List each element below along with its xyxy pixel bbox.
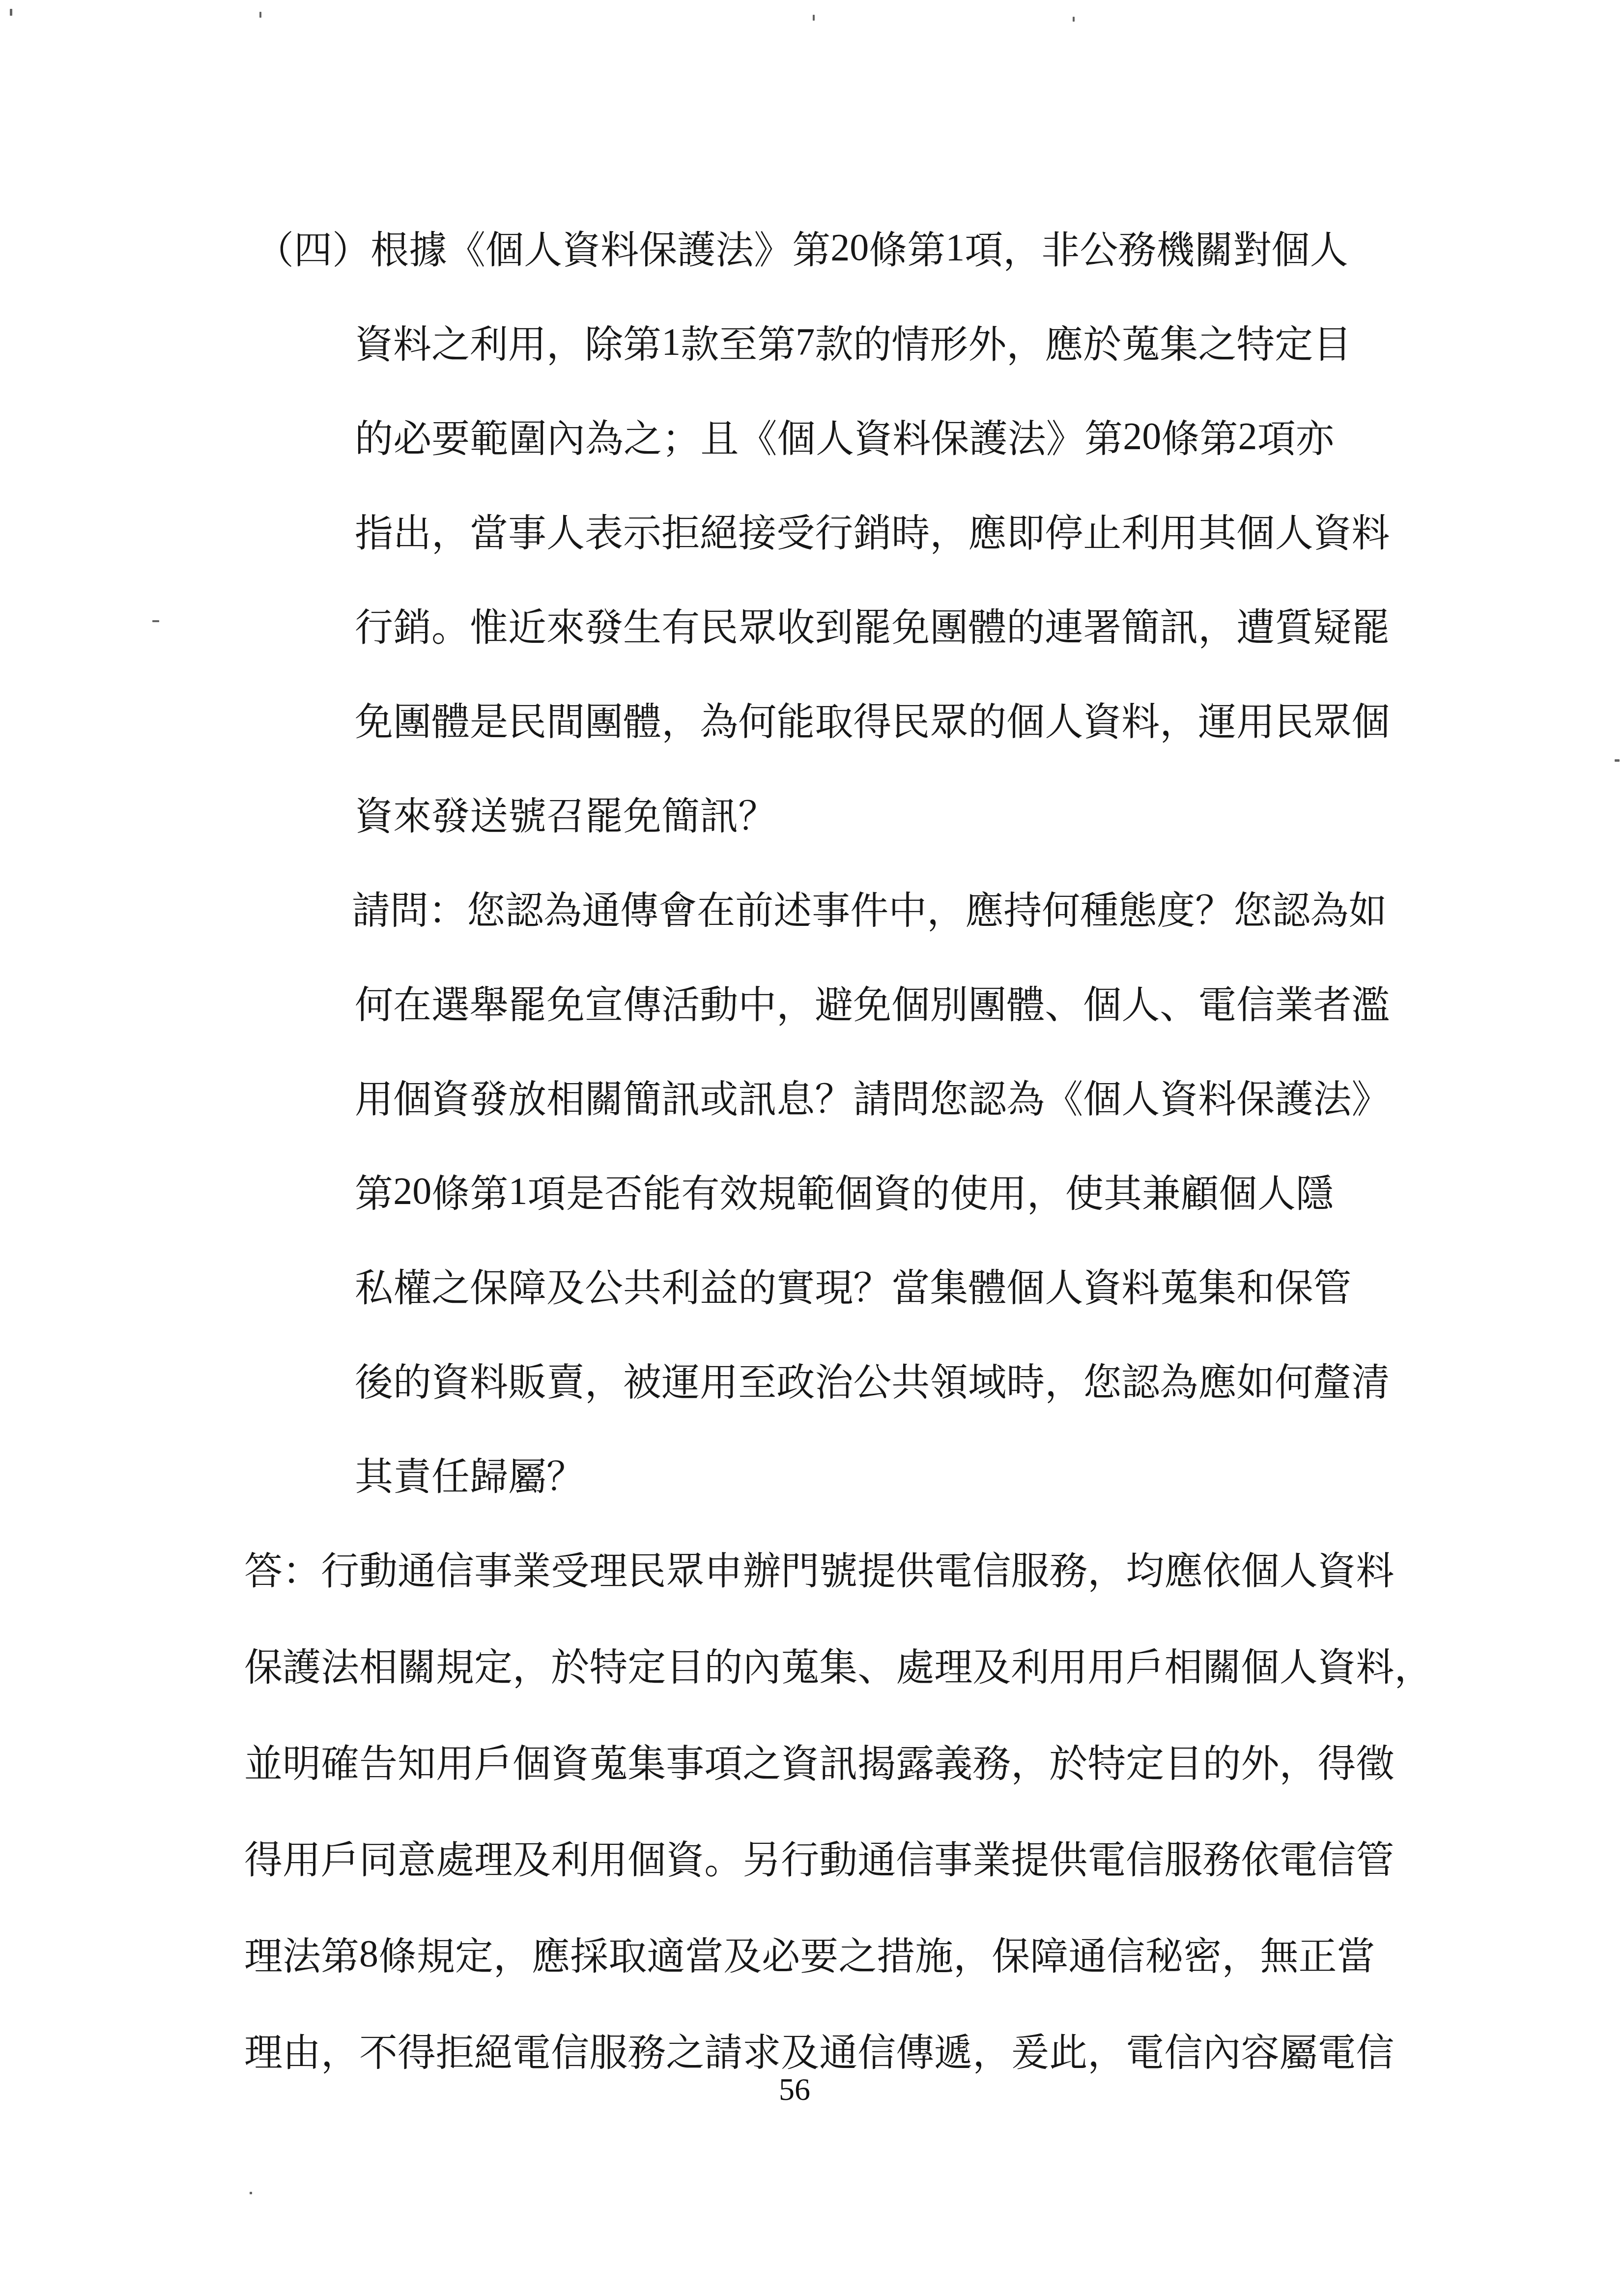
question-line: （四）根據《個人資料保護法》第20條第1項，非公務機關對個人 — [256, 216, 1334, 278]
scan-artifact — [10, 9, 12, 16]
question-line: 指出，當事人表示拒絕接受行銷時，應即停止利用其個人資料 — [355, 499, 1334, 561]
question-line: 免團體是民間團體，為何能取得民眾的個人資料，運用民眾個 — [355, 688, 1334, 750]
scan-artifact — [1073, 17, 1075, 22]
answer-line: 得用戶同意處理及利用個資。另行動通信事業提供電信服務依電信管 — [244, 1826, 1334, 1888]
question-line: 用個資發放相關簡訊或訊息？請問您認為《個人資料保護法》 — [355, 1065, 1334, 1127]
question-line: 請問：您認為通傳會在前述事件中，應持何種態度？您認為如 — [352, 877, 1334, 939]
question-line: 資來發送號召罷免簡訊？ — [355, 782, 771, 844]
question-line: 其責任歸屬？ — [355, 1443, 582, 1505]
scan-artifact — [813, 15, 815, 21]
question-line: 行銷。惟近來發生有民眾收到罷免團體的連署簡訊，遭質疑罷 — [355, 594, 1334, 656]
scanned-document-page: （四）根據《個人資料保護法》第20條第1項，非公務機關對個人 資料之利用，除第1… — [0, 0, 1623, 2296]
question-line: 私權之保障及公共利益的實現？當集體個人資料蒐集和保管 — [355, 1254, 1334, 1316]
question-line: 資料之利用，除第1款至第7款的情形外，應於蒐集之特定目 — [355, 311, 1334, 373]
question-line: 何在選舉罷免宣傳活動中，避免個別團體、個人、電信業者濫 — [355, 971, 1334, 1033]
question-line: 的必要範圍內為之；且《個人資料保護法》第20條第2項亦 — [355, 405, 1334, 467]
answer-line: 並明確告知用戶個資蒐集事項之資訊揭露義務，於特定目的外，得徵 — [244, 1730, 1337, 1792]
answer-line: 保護法相關規定，於特定目的內蒐集、處理及利用用戶相關個人資料， — [244, 1634, 1344, 1695]
answer-line: 理法第8條規定，應採取適當及必要之措施，保障通信秘密，無正當 — [244, 1923, 1334, 1984]
scan-artifact — [1615, 759, 1620, 762]
question-line: 後的資料販賣，被運用至政治公共領域時，您認為應如何釐清 — [355, 1349, 1334, 1410]
scan-artifact — [259, 12, 261, 18]
page-number: 56 — [768, 2071, 822, 2108]
answer-line: 答：行動通信事業受理民眾申辦門號提供電信服務，均應依個人資料 — [244, 1537, 1336, 1599]
question-line: 第20條第1項是否能有效規範個資的使用，使其兼顧個人隱 — [355, 1160, 1334, 1222]
scan-artifact — [250, 2192, 252, 2194]
scan-artifact — [152, 620, 159, 622]
